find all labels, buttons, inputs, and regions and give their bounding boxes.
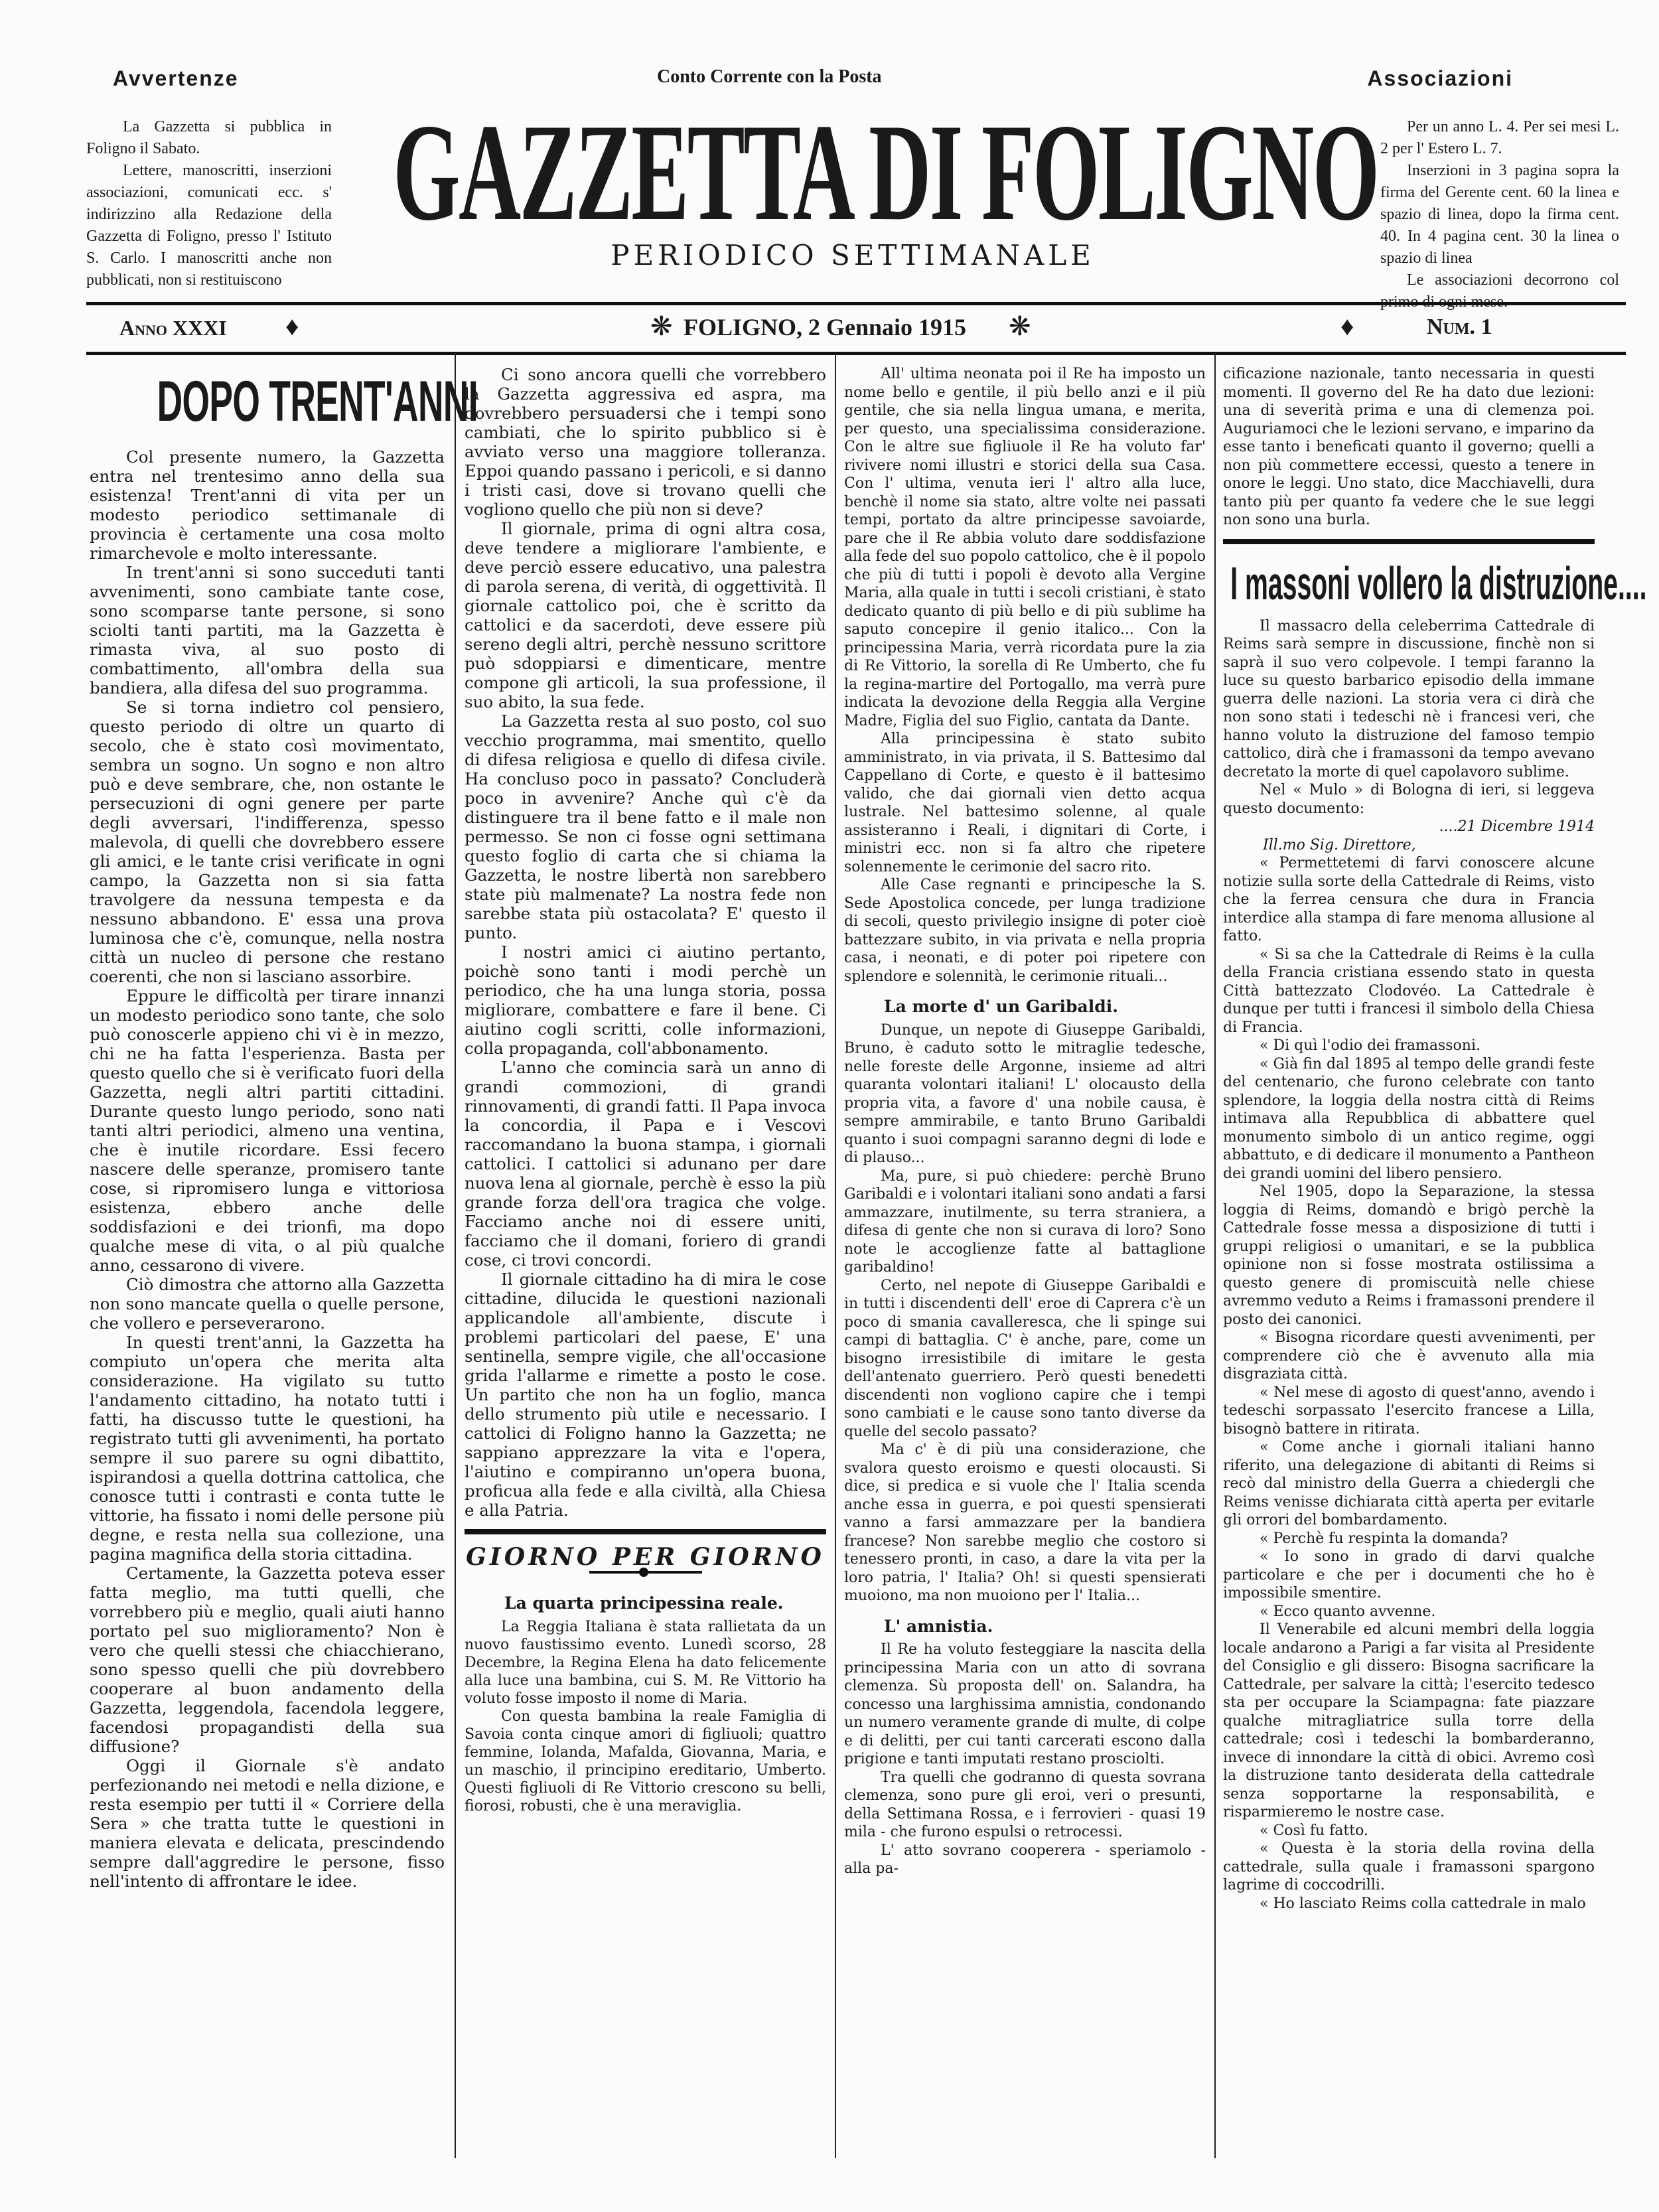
paragraph: In trent'anni si sono succeduti tanti av… [90, 563, 445, 698]
masthead: GAZZETTA DI FOLIGNO PERIODICO SETTIMANAL… [319, 100, 1360, 271]
top-labels: Avvertenze Conto Corrente con la Posta A… [86, 66, 1513, 93]
date-rule [86, 352, 1626, 355]
paragraph: La Reggia Italiana è stata rallietata da… [465, 1618, 826, 1708]
paragraph: Dunque, un nepote di Giuseppe Garibaldi,… [844, 1021, 1206, 1167]
conto-corrente-label: Conto Corrente con la Posta [657, 66, 882, 88]
subheading: La quarta principessina reale. [465, 1593, 826, 1613]
issue-date: FOLIGNO, 2 Gennaio 1915 [684, 313, 966, 341]
paragraph: Tra quelli che godranno di questa sovran… [844, 1769, 1206, 1842]
associazioni-label: Associazioni [1367, 66, 1513, 91]
paragraph: « Perchè fu respinta la domanda? [1223, 1530, 1595, 1548]
column-divider [1214, 353, 1216, 2158]
paragraph: Alla principessina è stato subito ammini… [844, 730, 1206, 876]
paragraph: All' ultima neonata poi il Re ha imposto… [844, 365, 1206, 730]
article-headline: DOPO TRENT'ANNI [157, 365, 378, 438]
associazioni-box: Per un anno L. 4. Per sei mesi L. 2 per … [1380, 116, 1619, 313]
column-divider [455, 353, 456, 2158]
diamond-ornament-icon: ♦ [285, 311, 299, 342]
ornament-divider-icon [589, 1571, 702, 1574]
paragraph: Il giornale cittadino ha di mira le cose… [465, 1270, 826, 1520]
paragraph: La Gazzetta resta al suo posto, col suo … [465, 711, 826, 942]
column-4: cificazione nazionale, tanto necessaria … [1223, 365, 1595, 1913]
flower-ornament-icon: ❋ [1009, 311, 1031, 342]
newspaper-title: GAZZETTA DI FOLIGNO [393, 100, 1285, 246]
section-rule [1223, 539, 1595, 544]
paragraph: Il massacro della celeberrima Cattedrale… [1223, 617, 1595, 782]
letter-date: ....21 Dicembre 1914 [1223, 818, 1595, 836]
paragraph: « Così fu fatto. [1223, 1822, 1595, 1840]
section-title: GIORNO PER GIORNO [465, 1548, 826, 1567]
flower-ornament-icon: ❋ [650, 311, 673, 342]
avvertenze-box: La Gazzetta si pubblica in Foligno il Sa… [86, 116, 332, 291]
paragraph: « Io sono in grado di darvi qualche part… [1223, 1548, 1595, 1603]
issue-number: Num. 1 [1427, 315, 1492, 340]
column-1: DOPO TRENT'ANNI Col presente numero, la … [90, 358, 445, 1891]
paragraph: Alle Case regnanti e principesche la S. … [844, 876, 1206, 986]
paragraph: Eppure le difficoltà per tirare innanzi … [90, 986, 445, 1275]
paragraph: « Ho lasciato Reims colla cattedrale in … [1223, 1895, 1595, 1913]
paragraph: Nel « Mulo » di Bologna di ieri, si legg… [1223, 781, 1595, 818]
paragraph: I nostri amici ci aiutino pertanto, poic… [465, 942, 826, 1058]
section-rule [465, 1529, 826, 1534]
paragraph: Certo, nel nepote di Giuseppe Garibaldi … [844, 1277, 1206, 1441]
avvertenze-text: La Gazzetta si pubblica in Foligno il Sa… [86, 116, 332, 160]
paragraph: « Come anche i giornali italiani hanno r… [1223, 1438, 1595, 1530]
paragraph: Ci sono ancora quelli che vorrebbero la … [465, 365, 826, 519]
paragraph: Oggi il Giornale s'è andato perfezionand… [90, 1756, 445, 1891]
paragraph: « Di quì l'odio dei framassoni. [1223, 1037, 1595, 1055]
paragraph: « Questa è la storia della rovina della … [1223, 1840, 1595, 1895]
diamond-ornament-icon: ♦ [1340, 311, 1354, 342]
paragraph: L' atto sovrano cooperera - speriamolo -… [844, 1842, 1206, 1878]
anno-label: Anno XXXI [119, 316, 227, 340]
avvertenze-text: Lettere, manoscritti, inserzioni associa… [86, 160, 332, 291]
paragraph: Nel 1905, dopo la Separazione, la stessa… [1223, 1183, 1595, 1329]
avvertenze-label: Avvertenze [113, 66, 239, 91]
associazioni-text: Per un anno L. 4. Per sei mesi L. 2 per … [1380, 116, 1619, 160]
letter-salutation: Ill.mo Sig. Direttore, [1223, 836, 1595, 855]
paragraph: « Nel mese di agosto di quest'anno, aven… [1223, 1384, 1595, 1439]
paragraph: Il giornale, prima di ogni altra cosa, d… [465, 519, 826, 711]
paragraph: Se si torna indietro col pensiero, quest… [90, 698, 445, 986]
paragraph: « Ecco quanto avvenne. [1223, 1603, 1595, 1621]
paragraph: Ma c' è di più una considerazione, che s… [844, 1441, 1206, 1605]
paragraph: Il Re ha voluto festeggiare la nascita d… [844, 1641, 1206, 1769]
paragraph: « Bisogna ricordare questi avvenimenti, … [1223, 1329, 1595, 1384]
paragraph: Con questa bambina la reale Famiglia di … [465, 1708, 826, 1815]
paragraph: cificazione nazionale, tanto necessaria … [1223, 365, 1595, 530]
article-headline: I massoni vollero la distruzione.... [1230, 553, 1587, 613]
paragraph: In questi trent'anni, la Gazzetta ha com… [90, 1333, 445, 1564]
paragraph: Certamente, la Gazzetta poteva esser fat… [90, 1564, 445, 1756]
date-row: Anno XXXI ♦ ❋ FOLIGNO, 2 Gennaio 1915 ❋ … [86, 307, 1626, 353]
column-divider [835, 353, 836, 2158]
paragraph: « Permettetemi di farvi conoscere alcune… [1223, 854, 1595, 946]
paragraph: L'anno che comincia sarà un anno di gran… [465, 1058, 826, 1270]
subheading: L' amnistia. [844, 1617, 1206, 1636]
paragraph: « Già fin dal 1895 al tempo delle grandi… [1223, 1055, 1595, 1183]
paragraph: Ma, pure, si può chiedere: perchè Bruno … [844, 1167, 1206, 1277]
paragraph: Ciò dimostra che attorno alla Gazzetta n… [90, 1275, 445, 1333]
paragraph: « Si sa che la Cattedrale di Reims è la … [1223, 946, 1595, 1037]
newspaper-page: Avvertenze Conto Corrente con la Posta A… [0, 0, 1659, 2212]
paragraph: Col presente numero, la Gazzetta entra n… [90, 447, 445, 563]
paragraph: Il Venerabile ed alcuni membri della log… [1223, 1621, 1595, 1822]
column-3: All' ultima neonata poi il Re ha imposto… [844, 365, 1206, 1878]
associazioni-text: Inserzioni in 3 pagina sopra la firma de… [1380, 160, 1619, 269]
header-rule [86, 302, 1626, 305]
column-2: Ci sono ancora quelli che vorrebbero la … [465, 365, 826, 1815]
subheading: La morte d' un Garibaldi. [844, 997, 1206, 1016]
